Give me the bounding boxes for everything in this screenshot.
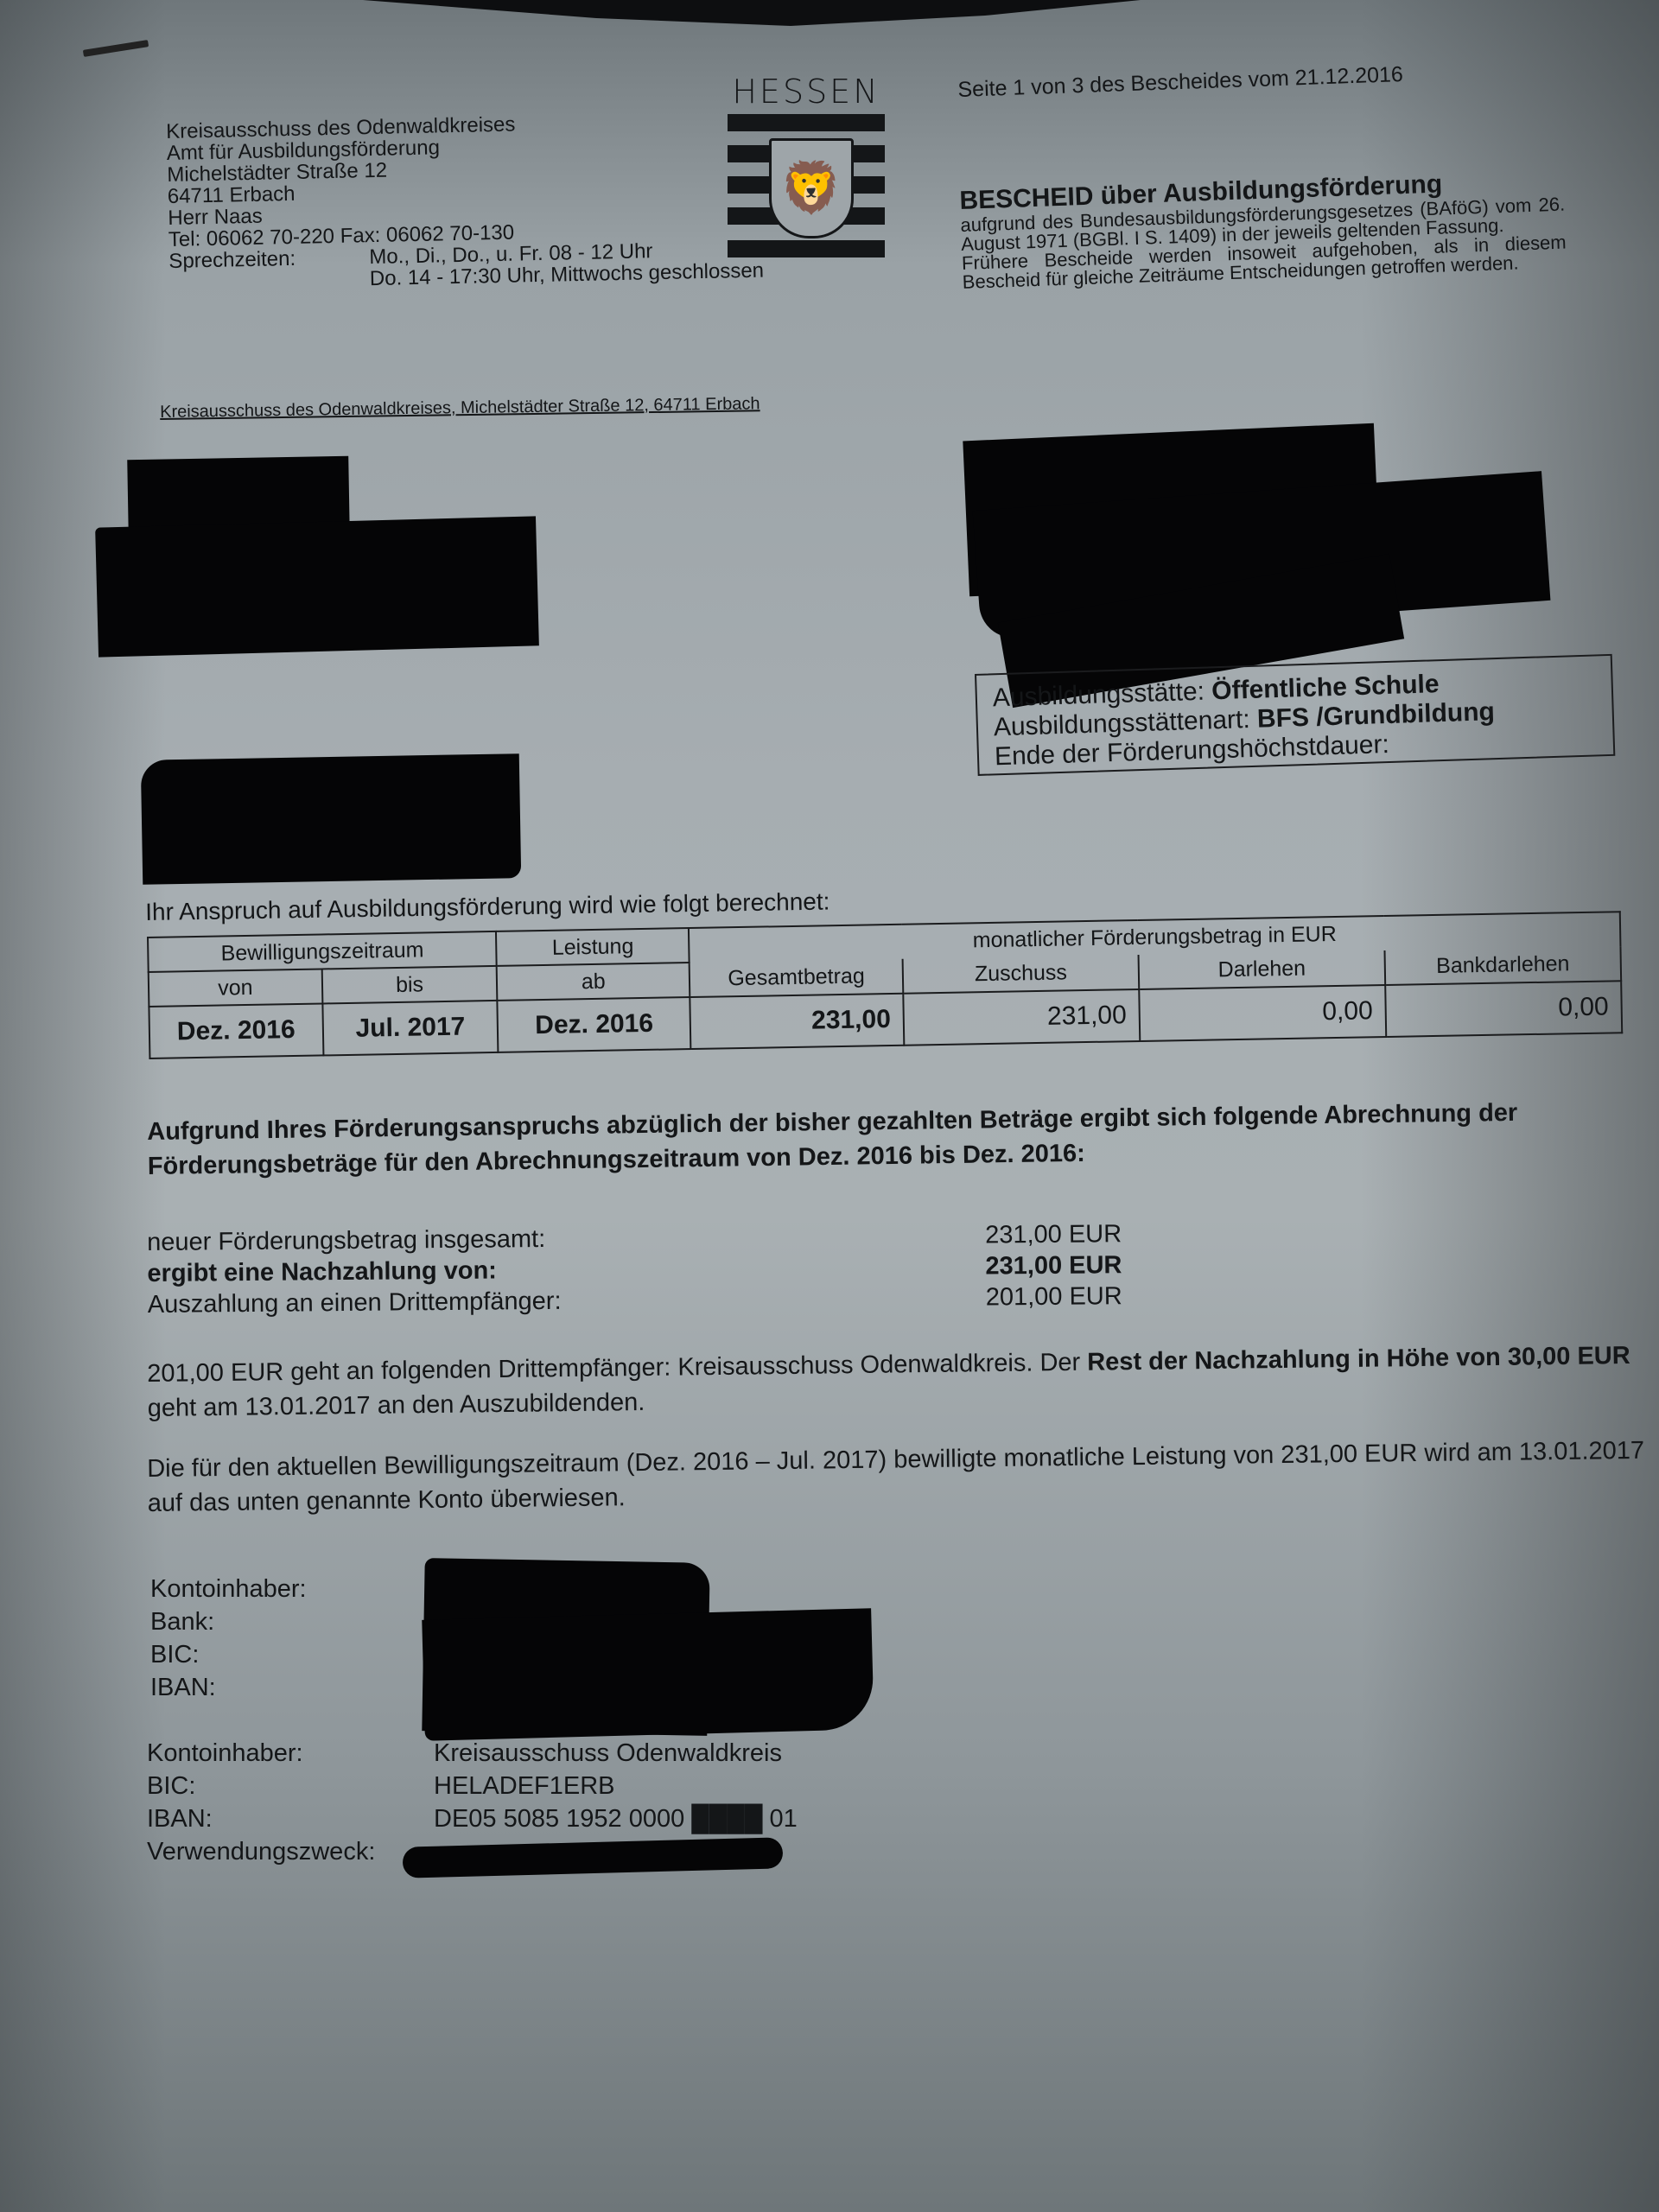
header-benefit-from: ab bbox=[497, 963, 690, 1001]
cell-total: 231,00 bbox=[690, 994, 905, 1049]
header-grant: Zuschuss bbox=[903, 955, 1140, 994]
remaining-amount-text: Rest der Nachzahlung in Höhe von 30,00 E… bbox=[1087, 1342, 1630, 1376]
summary-value: 231,00 EUR bbox=[985, 1249, 1141, 1282]
institution-box: Ausbildungsstätte: Öffentliche Schule Au… bbox=[975, 654, 1615, 776]
cell-to: Jul. 2017 bbox=[322, 1001, 499, 1056]
summary-value: 201,00 EUR bbox=[986, 1281, 1141, 1313]
redaction-recipient-address bbox=[95, 516, 539, 657]
hessen-logo: HESSEN 🦁 bbox=[724, 73, 888, 261]
redaction-recipient-extra bbox=[141, 753, 521, 885]
summary-label: neuer Förderungsbetrag insgesamt: bbox=[147, 1224, 545, 1258]
summary-label: Auszahlung an einen Drittempfänger: bbox=[148, 1286, 562, 1320]
bic-value: HELADEF1ERB bbox=[434, 1770, 615, 1802]
calculation-table: Bewilligungszeitraum Leistung monatliche… bbox=[147, 911, 1623, 1059]
bank-label: Bank: bbox=[150, 1605, 307, 1638]
header-loan: Darlehen bbox=[1139, 950, 1386, 989]
header-bank-loan: Bankdarlehen bbox=[1384, 946, 1621, 985]
cell-loan: 0,00 bbox=[1139, 985, 1386, 1041]
header-from: von bbox=[149, 969, 322, 1006]
logo-text: HESSEN bbox=[724, 73, 888, 111]
holder-value: Kreisausschuss Odenwaldkreis bbox=[434, 1737, 782, 1770]
redaction-bank-details-2 bbox=[422, 1608, 874, 1741]
iban-value: DE05 5085 1952 0000 ████ 01 bbox=[434, 1802, 798, 1835]
cell-benefit-from: Dez. 2016 bbox=[498, 997, 691, 1052]
purpose-label: Verwendungszweck: bbox=[147, 1835, 375, 1868]
header-total: Gesamtbetrag bbox=[690, 959, 904, 997]
header-period: Bewilligungszeitraum bbox=[148, 931, 497, 972]
cell-bank-loan: 0,00 bbox=[1385, 981, 1622, 1037]
summary-label: ergibt eine Nachzahlung von: bbox=[147, 1255, 497, 1289]
holder-label: Kontoinhaber: bbox=[147, 1737, 434, 1770]
bic-label: BIC: bbox=[150, 1638, 307, 1671]
cell-grant: 231,00 bbox=[903, 989, 1140, 1046]
sender-block: Kreisausschuss des Odenwaldkreises Amt f… bbox=[166, 109, 764, 294]
third-party-text: 201,00 EUR geht an folgenden Drittempfän… bbox=[147, 1349, 1087, 1388]
settlement-summary: neuer Förderungsbetrag insgesamt: 231,00… bbox=[147, 1218, 1141, 1320]
bic-label: BIC: bbox=[147, 1770, 434, 1802]
decision-header: BESCHEID über Ausbildungsförderung aufgr… bbox=[959, 168, 1567, 292]
summary-value: 231,00 EUR bbox=[985, 1218, 1141, 1251]
iban-label: IBAN: bbox=[150, 1671, 307, 1704]
cell-from: Dez. 2016 bbox=[149, 1003, 323, 1058]
third-party-text-end: geht am 13.01.2017 an den Auszubildenden… bbox=[148, 1389, 645, 1422]
iban-label: IBAN: bbox=[147, 1802, 434, 1835]
header-benefit: Leistung bbox=[496, 928, 689, 966]
header-to: bis bbox=[321, 966, 497, 1004]
account-holder-label: Kontoinhaber: bbox=[150, 1573, 307, 1605]
recipient-bank-block: Kontoinhaber: Bank: BIC: IBAN: bbox=[150, 1573, 307, 1704]
hessen-coat-of-arms-icon: 🦁 bbox=[769, 138, 854, 238]
